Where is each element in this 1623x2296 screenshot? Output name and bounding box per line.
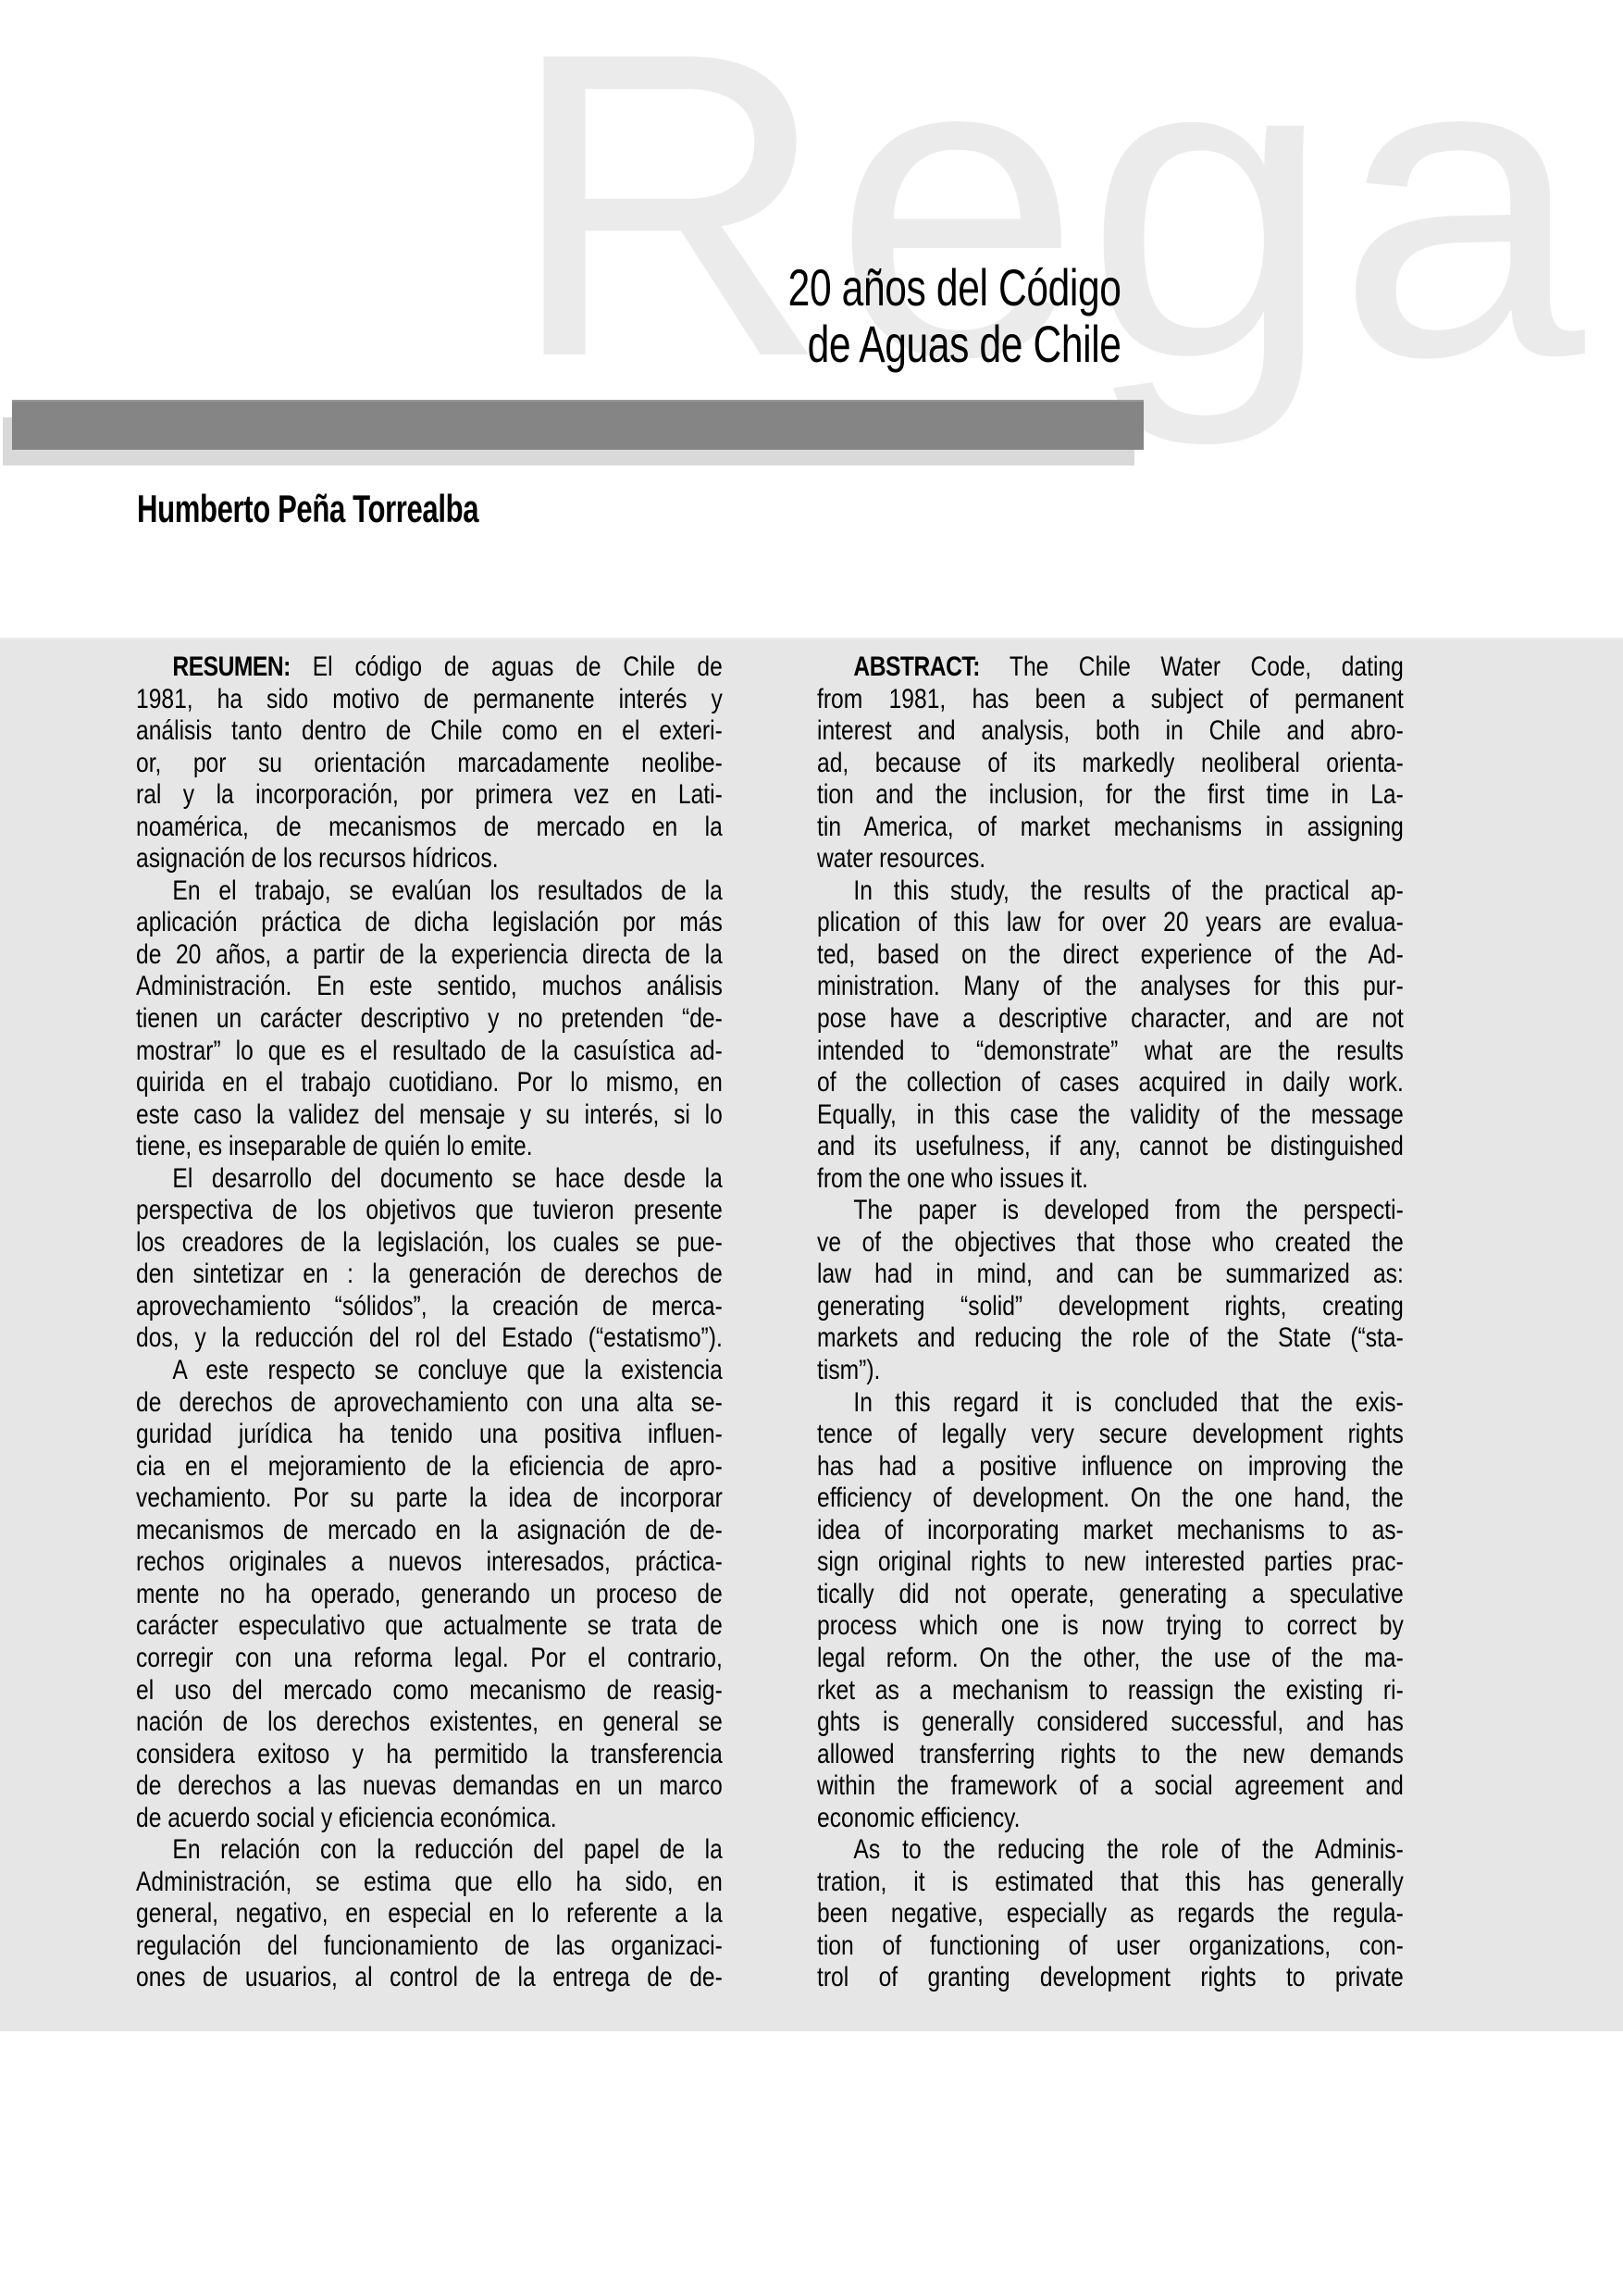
text-line: economic efficiency. bbox=[817, 1803, 1404, 1835]
text-line: A este respecto se concluye que la exist… bbox=[136, 1355, 723, 1387]
text-line: vechamiento. Por su parte la idea de inc… bbox=[136, 1483, 723, 1515]
text-line: mecanismos de mercado en la asignación d… bbox=[136, 1515, 723, 1547]
text-line: process which one is now trying to corre… bbox=[817, 1610, 1404, 1643]
abstract-paragraph: ABSTRACT: The Chile Water Code, dating f… bbox=[817, 652, 1404, 875]
text-line: aplicación práctica de dicha legislación… bbox=[136, 907, 723, 939]
text-line: de derechos a las nuevas demandas en un … bbox=[136, 1770, 723, 1803]
text-line: legal reform. On the other, the use of t… bbox=[817, 1643, 1404, 1675]
text-line: within the framework of a social agreeme… bbox=[817, 1770, 1404, 1803]
text-line: markets and reducing the role of the Sta… bbox=[817, 1322, 1404, 1355]
text-line: corregir con una reforma legal. Por el c… bbox=[136, 1643, 723, 1675]
text-line: In this regard it is concluded that the … bbox=[817, 1387, 1404, 1420]
text-line: ABSTRACT: The Chile Water Code, dating bbox=[817, 652, 1404, 684]
article-title: 20 años del Código de Aguas de Chile bbox=[683, 259, 1121, 372]
text-line: regulación del funcionamiento de las org… bbox=[136, 1930, 723, 1963]
text-line: 1981, ha sido motivo de permanente inter… bbox=[136, 684, 723, 716]
text-line: guridad jurídica ha tenido una positiva … bbox=[136, 1419, 723, 1451]
text-line: pose have a descriptive character, and a… bbox=[817, 1003, 1404, 1036]
text-line: En el trabajo, se evalúan los resultados… bbox=[136, 875, 723, 908]
resumen-paragraph: En relación con la reducción del papel d… bbox=[136, 1834, 723, 1994]
text-line: from 1981, has been a subject of permane… bbox=[817, 684, 1404, 716]
abstract-paragraph: The paper is developed from the perspect… bbox=[817, 1195, 1404, 1386]
text-line: The paper is developed from the perspect… bbox=[817, 1195, 1404, 1227]
text-line: tically did not operate, generating a sp… bbox=[817, 1579, 1404, 1611]
text-line: mente no ha operado, generando un proces… bbox=[136, 1579, 723, 1611]
text-fragment: El código de aguas de Chile de bbox=[313, 652, 723, 682]
article-title-line-1: 20 años del Código bbox=[788, 259, 1121, 316]
abstract-column: ABSTRACT: The Chile Water Code, dating f… bbox=[817, 652, 1404, 1994]
text-line: Administración, se estima que ello ha si… bbox=[136, 1867, 723, 1899]
text-line: asignación de los recursos hídricos. bbox=[136, 843, 723, 875]
text-line: of the collection of cases acquired in d… bbox=[817, 1067, 1404, 1099]
text-line: El desarrollo del documento se hace desd… bbox=[136, 1163, 723, 1196]
text-line: Administración. En este sentido, muchos … bbox=[136, 971, 723, 1003]
text-line: nación de los derechos existentes, en ge… bbox=[136, 1706, 723, 1739]
text-line: ral y la incorporación, por primera vez … bbox=[136, 779, 723, 812]
text-fragment: The Chile Water Code, dating bbox=[1010, 652, 1404, 682]
text-line: trol of granting development rights to p… bbox=[817, 1962, 1404, 1994]
text-line: mostrar” lo que es el resultado de la ca… bbox=[136, 1036, 723, 1068]
text-line: idea of incorporating market mechanisms … bbox=[817, 1515, 1404, 1547]
text-line: tism”). bbox=[817, 1355, 1404, 1387]
text-line: tienen un carácter descriptivo y no pret… bbox=[136, 1003, 723, 1036]
text-line: ad, because of its markedly neoliberal o… bbox=[817, 748, 1404, 780]
text-line: As to the reducing the role of the Admin… bbox=[817, 1834, 1404, 1867]
text-line: from the one who issues it. bbox=[817, 1163, 1404, 1196]
text-line: noamérica, de mecanismos de mercado en l… bbox=[136, 812, 723, 844]
text-line: considera exitoso y ha permitido la tran… bbox=[136, 1739, 723, 1771]
resumen-paragraph: El desarrollo del documento se hace desd… bbox=[136, 1163, 723, 1355]
text-line: generating “solid” development rights, c… bbox=[817, 1291, 1404, 1323]
text-line: tration, it is estimated that this has g… bbox=[817, 1867, 1404, 1899]
text-line: rket as a mechanism to reassign the exis… bbox=[817, 1675, 1404, 1707]
text-line: or, por su orientación marcadamente neol… bbox=[136, 748, 723, 780]
text-line: dos, y la reducción del rol del Estado (… bbox=[136, 1322, 723, 1355]
text-line: ghts is generally considered successful,… bbox=[817, 1706, 1404, 1739]
text-line: In this study, the results of the practi… bbox=[817, 875, 1404, 908]
text-line: general, negativo, en especial en lo ref… bbox=[136, 1898, 723, 1930]
text-line: been negative, especially as regards the… bbox=[817, 1898, 1404, 1930]
text-line: de derechos de aprovechamiento con una a… bbox=[136, 1387, 723, 1420]
text-line: law had in mind, and can be summarized a… bbox=[817, 1259, 1404, 1291]
abstract-label: ABSTRACT: bbox=[853, 652, 980, 682]
text-line: interest and analysis, both in Chile and… bbox=[817, 715, 1404, 748]
text-line: Equally, in this case the validity of th… bbox=[817, 1099, 1404, 1132]
text-line: este caso la validez del mensaje y su in… bbox=[136, 1099, 723, 1132]
abstract-paragraph: In this study, the results of the practi… bbox=[817, 875, 1404, 1195]
text-line: allowed transferring rights to the new d… bbox=[817, 1739, 1404, 1771]
text-line: cia en el mejoramiento de la eficiencia … bbox=[136, 1451, 723, 1483]
resumen-label: RESUMEN: bbox=[172, 652, 290, 682]
text-line: and its usefulness, if any, cannot be di… bbox=[817, 1131, 1404, 1163]
text-line: plication of this law for over 20 years … bbox=[817, 907, 1404, 939]
text-line: water resources. bbox=[817, 843, 1404, 875]
text-line: tin America, of market mechanisms in ass… bbox=[817, 812, 1404, 844]
text-line: ted, based on the direct experience of t… bbox=[817, 939, 1404, 972]
text-line: ve of the objectives that those who crea… bbox=[817, 1227, 1404, 1260]
resumen-paragraph: A este respecto se concluye que la exist… bbox=[136, 1355, 723, 1834]
resumen-paragraph: RESUMEN: El código de aguas de Chile de … bbox=[136, 652, 723, 875]
text-line: ministration. Many of the analyses for t… bbox=[817, 971, 1404, 1003]
text-line: intended to “demonstrate” what are the r… bbox=[817, 1036, 1404, 1068]
text-line: En relación con la reducción del papel d… bbox=[136, 1834, 723, 1867]
text-line: tiene, es inseparable de quién lo emite. bbox=[136, 1131, 723, 1163]
text-line: RESUMEN: El código de aguas de Chile de bbox=[136, 652, 723, 684]
text-line: aprovechamiento “sólidos”, la creación d… bbox=[136, 1291, 723, 1323]
resumen-paragraph: En el trabajo, se evalúan los resultados… bbox=[136, 875, 723, 1163]
text-line: perspectiva de los objetivos que tuviero… bbox=[136, 1195, 723, 1227]
abstract-paragraph: As to the reducing the role of the Admin… bbox=[817, 1834, 1404, 1994]
text-line: ones de usuarios, al control de la entre… bbox=[136, 1962, 723, 1994]
text-line: el uso del mercado como mecanismo de rea… bbox=[136, 1675, 723, 1707]
abstract-paragraph: In this regard it is concluded that the … bbox=[817, 1387, 1404, 1835]
text-line: sign original rights to new interested p… bbox=[817, 1546, 1404, 1579]
text-line: carácter especulativo que actualmente se… bbox=[136, 1610, 723, 1643]
author-name: Humberto Peña Torrealba bbox=[137, 487, 478, 531]
text-line: den sintetizar en : la generación de der… bbox=[136, 1259, 723, 1291]
text-line: los creadores de la legislación, los cua… bbox=[136, 1227, 723, 1260]
text-line: tion and the inclusion, for the first ti… bbox=[817, 779, 1404, 812]
text-line: tion of functioning of user organization… bbox=[817, 1930, 1404, 1963]
title-bar bbox=[12, 400, 1144, 450]
text-line: tence of legally very secure development… bbox=[817, 1419, 1404, 1451]
resumen-column: RESUMEN: El código de aguas de Chile de … bbox=[136, 652, 723, 1994]
article-title-line-2: de Aguas de Chile bbox=[788, 316, 1121, 372]
text-line: has had a positive influence on improvin… bbox=[817, 1451, 1404, 1483]
text-line: efficiency of development. On the one ha… bbox=[817, 1483, 1404, 1515]
text-line: rechos originales a nuevos interesados, … bbox=[136, 1546, 723, 1579]
text-line: de acuerdo social y eficiencia económica… bbox=[136, 1803, 723, 1835]
text-line: de 20 años, a partir de la experiencia d… bbox=[136, 939, 723, 972]
text-line: análisis tanto dentro de Chile como en e… bbox=[136, 715, 723, 748]
text-line: quirida en el trabajo cuotidiano. Por lo… bbox=[136, 1067, 723, 1099]
